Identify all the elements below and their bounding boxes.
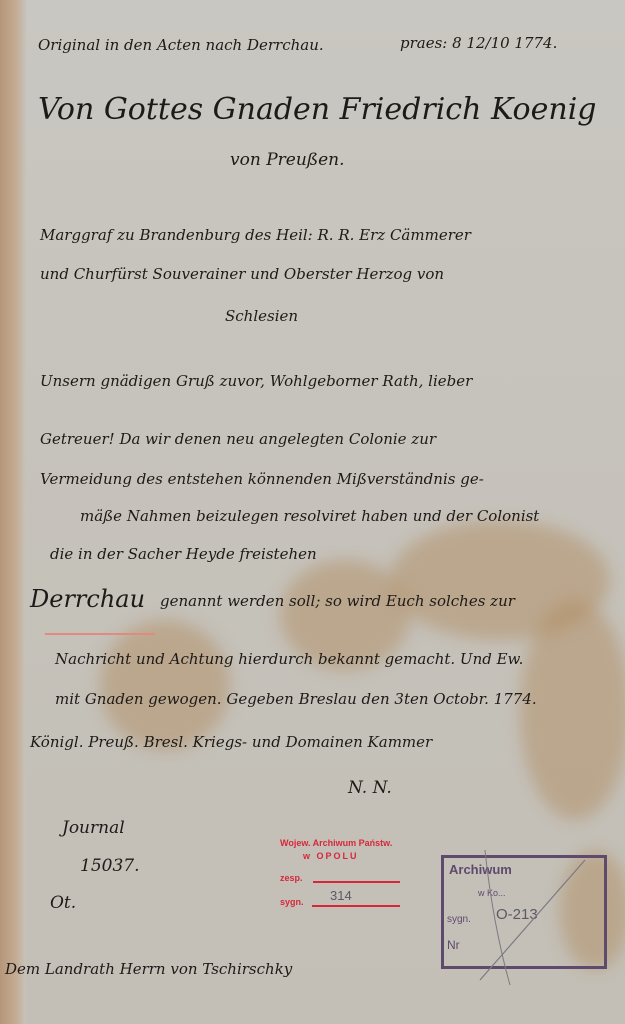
- body-line: die in der Sacher Heyde freistehen: [50, 545, 317, 563]
- title-line-2: von Preußen.: [230, 150, 345, 170]
- red-stamp-sygn-value: 314: [330, 888, 352, 903]
- header-note: Original in den Acten nach Derrchau.: [38, 36, 324, 54]
- body-line: mit Gnaden gewogen. Gegeben Breslau den …: [55, 690, 537, 708]
- red-stamp-sygn-label: sygn.: [280, 897, 304, 907]
- body-line: mäße Nahmen beizulegen resolviret haben …: [80, 507, 539, 525]
- purple-stamp-nr-label: Nr: [447, 938, 460, 952]
- page-edge: [0, 0, 26, 1024]
- body-line: Getreuer! Da wir denen neu angelegten Co…: [40, 430, 436, 448]
- body-line: Vermeidung des entstehen könnenden Mißve…: [40, 470, 484, 488]
- titles-line-2: und Churfürst Souverainer und Oberster H…: [40, 265, 444, 283]
- title-line-1: Von Gottes Gnaden Friedrich Koenig: [38, 92, 597, 127]
- body-line: genannt werden soll; so wird Euch solche…: [160, 592, 515, 610]
- titles-line-1: Marggraf zu Brandenburg des Heil: R. R. …: [40, 226, 471, 244]
- red-stamp-line2: w OPOLU: [303, 851, 359, 861]
- initials: N. N.: [348, 778, 392, 798]
- praes-note: praes: 8 12/10 1774.: [400, 34, 557, 52]
- address-line: Dem Landrath Herrn von Tschirschky: [5, 960, 292, 978]
- place-name: Derrchau: [30, 585, 145, 613]
- red-stamp-zesp-label: zesp.: [280, 873, 303, 883]
- journal-label: Journal: [62, 818, 125, 838]
- body-line: Unsern gnädigen Gruß zuvor, Wohlgeborner…: [40, 372, 472, 390]
- document-page: Original in den Acten nach Derrchau. pra…: [0, 0, 625, 1024]
- red-stamp-zesp-line: [313, 881, 400, 883]
- water-stain: [520, 600, 625, 820]
- pencil-cross-mark: [470, 840, 600, 990]
- red-stamp-sygn-line: [312, 905, 400, 907]
- water-stain: [100, 620, 230, 750]
- titles-line-3: Schlesien: [225, 307, 298, 325]
- purple-stamp-sygn-label: sygn.: [447, 914, 471, 925]
- signature-line: Königl. Preuß. Bresl. Kriegs- und Domain…: [30, 733, 432, 751]
- red-stamp-line1: Wojew. Archiwum Państw.: [280, 838, 392, 848]
- journal-number: 15037.: [80, 856, 139, 876]
- journal-mark: Ot.: [50, 893, 76, 913]
- body-line: Nachricht und Achtung hierdurch bekannt …: [55, 650, 523, 668]
- red-underline: [45, 633, 155, 635]
